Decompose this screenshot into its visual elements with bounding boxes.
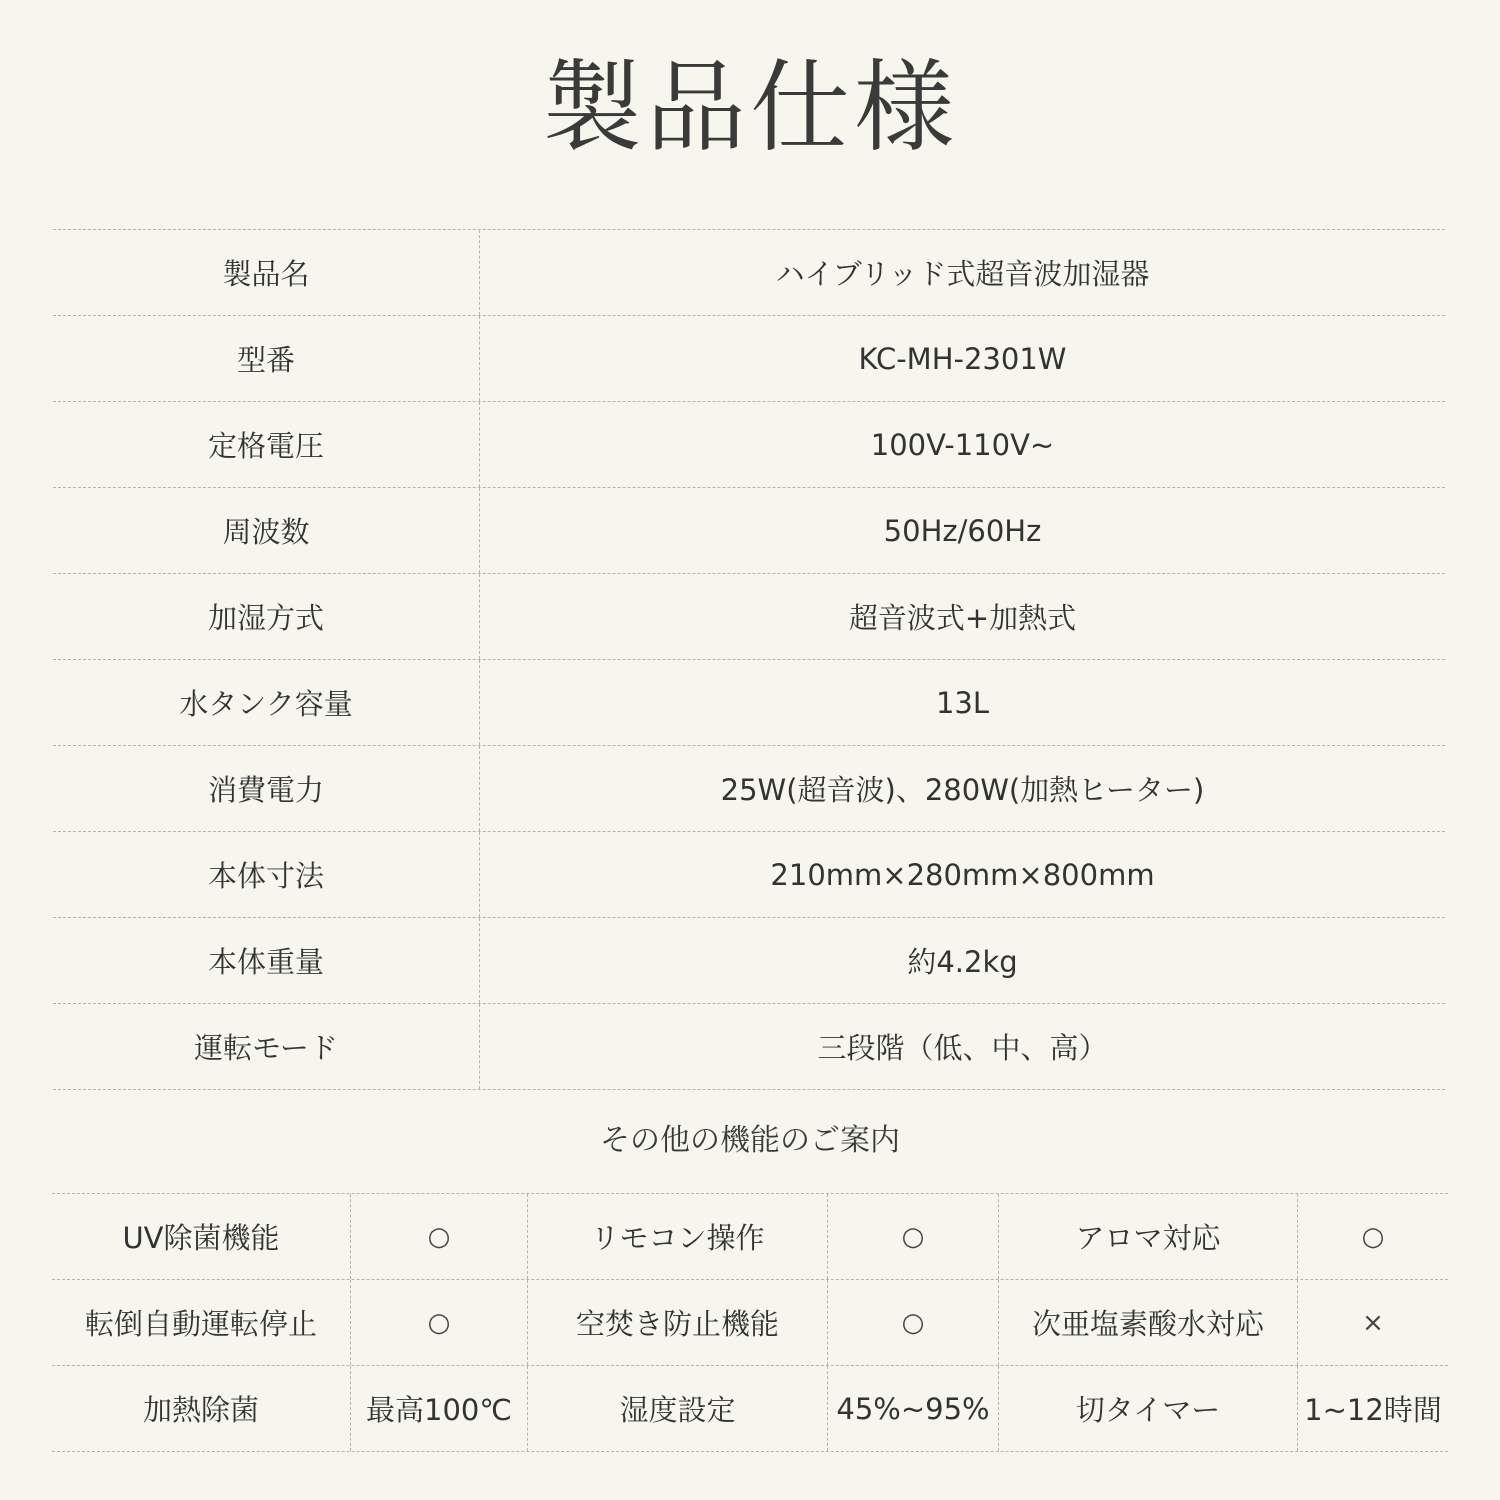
feature-label: アロマ対応 <box>999 1194 1298 1279</box>
feature-label: UV除菌機能 <box>52 1194 351 1279</box>
feature-value: 1~12時間 <box>1298 1366 1448 1451</box>
feature-label: 転倒自動運転停止 <box>52 1280 351 1365</box>
spec-row-humidification-method: 加湿方式 超音波式+加熱式 <box>53 574 1445 660</box>
feature-value: ○ <box>828 1280 999 1365</box>
spec-label: 定格電圧 <box>53 402 480 487</box>
spec-value: 210mm×280mm×800mm <box>480 832 1445 917</box>
feature-value: 最高100℃ <box>351 1366 528 1451</box>
feature-value: ○ <box>351 1194 528 1279</box>
feature-row: 転倒自動運転停止 ○ 空焚き防止機能 ○ 次亜塩素酸水対応 × <box>52 1280 1448 1366</box>
spec-value: 25W(超音波)、280W(加熱ヒーター) <box>480 746 1445 831</box>
spec-row-rated-voltage: 定格電圧 100V-110V~ <box>53 402 1445 488</box>
feature-label: 切タイマー <box>999 1366 1298 1451</box>
feature-value: × <box>1298 1280 1448 1365</box>
spec-label: 消費電力 <box>53 746 480 831</box>
spec-row-operation-mode: 運転モード 三段階（低、中、高） <box>53 1004 1445 1090</box>
spec-value: KC-MH-2301W <box>480 316 1445 401</box>
spec-row-tank-capacity: 水タンク容量 13L <box>53 660 1445 746</box>
spec-value: 50Hz/60Hz <box>480 488 1445 573</box>
spec-label: 製品名 <box>53 230 480 315</box>
page-title: 製品仕様 <box>0 48 1500 168</box>
feature-value: ○ <box>828 1194 999 1279</box>
spec-label: 加湿方式 <box>53 574 480 659</box>
spec-table: 製品名 ハイブリッド式超音波加湿器 型番 KC-MH-2301W 定格電圧 10… <box>53 229 1445 1090</box>
spec-row-weight: 本体重量 約4.2kg <box>53 918 1445 1004</box>
spec-row-dimensions: 本体寸法 210mm×280mm×800mm <box>53 832 1445 918</box>
spec-value: 13L <box>480 660 1445 745</box>
spec-row-power-consumption: 消費電力 25W(超音波)、280W(加熱ヒーター) <box>53 746 1445 832</box>
feature-row: UV除菌機能 ○ リモコン操作 ○ アロマ対応 ○ <box>52 1194 1448 1280</box>
spec-value: ハイブリッド式超音波加湿器 <box>480 230 1445 315</box>
feature-label: 湿度設定 <box>528 1366 828 1451</box>
feature-value: 45%~95% <box>828 1366 999 1451</box>
spec-label: 本体重量 <box>53 918 480 1003</box>
spec-row-product-name: 製品名 ハイブリッド式超音波加湿器 <box>53 230 1445 316</box>
spec-value: 約4.2kg <box>480 918 1445 1003</box>
feature-value: ○ <box>1298 1194 1448 1279</box>
spec-label: 型番 <box>53 316 480 401</box>
feature-label: リモコン操作 <box>528 1194 828 1279</box>
spec-row-model-number: 型番 KC-MH-2301W <box>53 316 1445 402</box>
feature-label: 加熱除菌 <box>52 1366 351 1451</box>
feature-label: 空焚き防止機能 <box>528 1280 828 1365</box>
feature-label: 次亜塩素酸水対応 <box>999 1280 1298 1365</box>
spec-row-frequency: 周波数 50Hz/60Hz <box>53 488 1445 574</box>
spec-label: 運転モード <box>53 1004 480 1089</box>
spec-value: 三段階（低、中、高） <box>480 1004 1445 1089</box>
spec-label: 周波数 <box>53 488 480 573</box>
spec-label: 本体寸法 <box>53 832 480 917</box>
feature-row: 加熱除菌 最高100℃ 湿度設定 45%~95% 切タイマー 1~12時間 <box>52 1366 1448 1452</box>
feature-value: ○ <box>351 1280 528 1365</box>
feature-table: UV除菌機能 ○ リモコン操作 ○ アロマ対応 ○ 転倒自動運転停止 ○ 空焚き… <box>52 1193 1448 1452</box>
features-title: その他の機能のご案内 <box>0 1116 1500 1166</box>
spec-label: 水タンク容量 <box>53 660 480 745</box>
spec-value: 超音波式+加熱式 <box>480 574 1445 659</box>
spec-value: 100V-110V~ <box>480 402 1445 487</box>
